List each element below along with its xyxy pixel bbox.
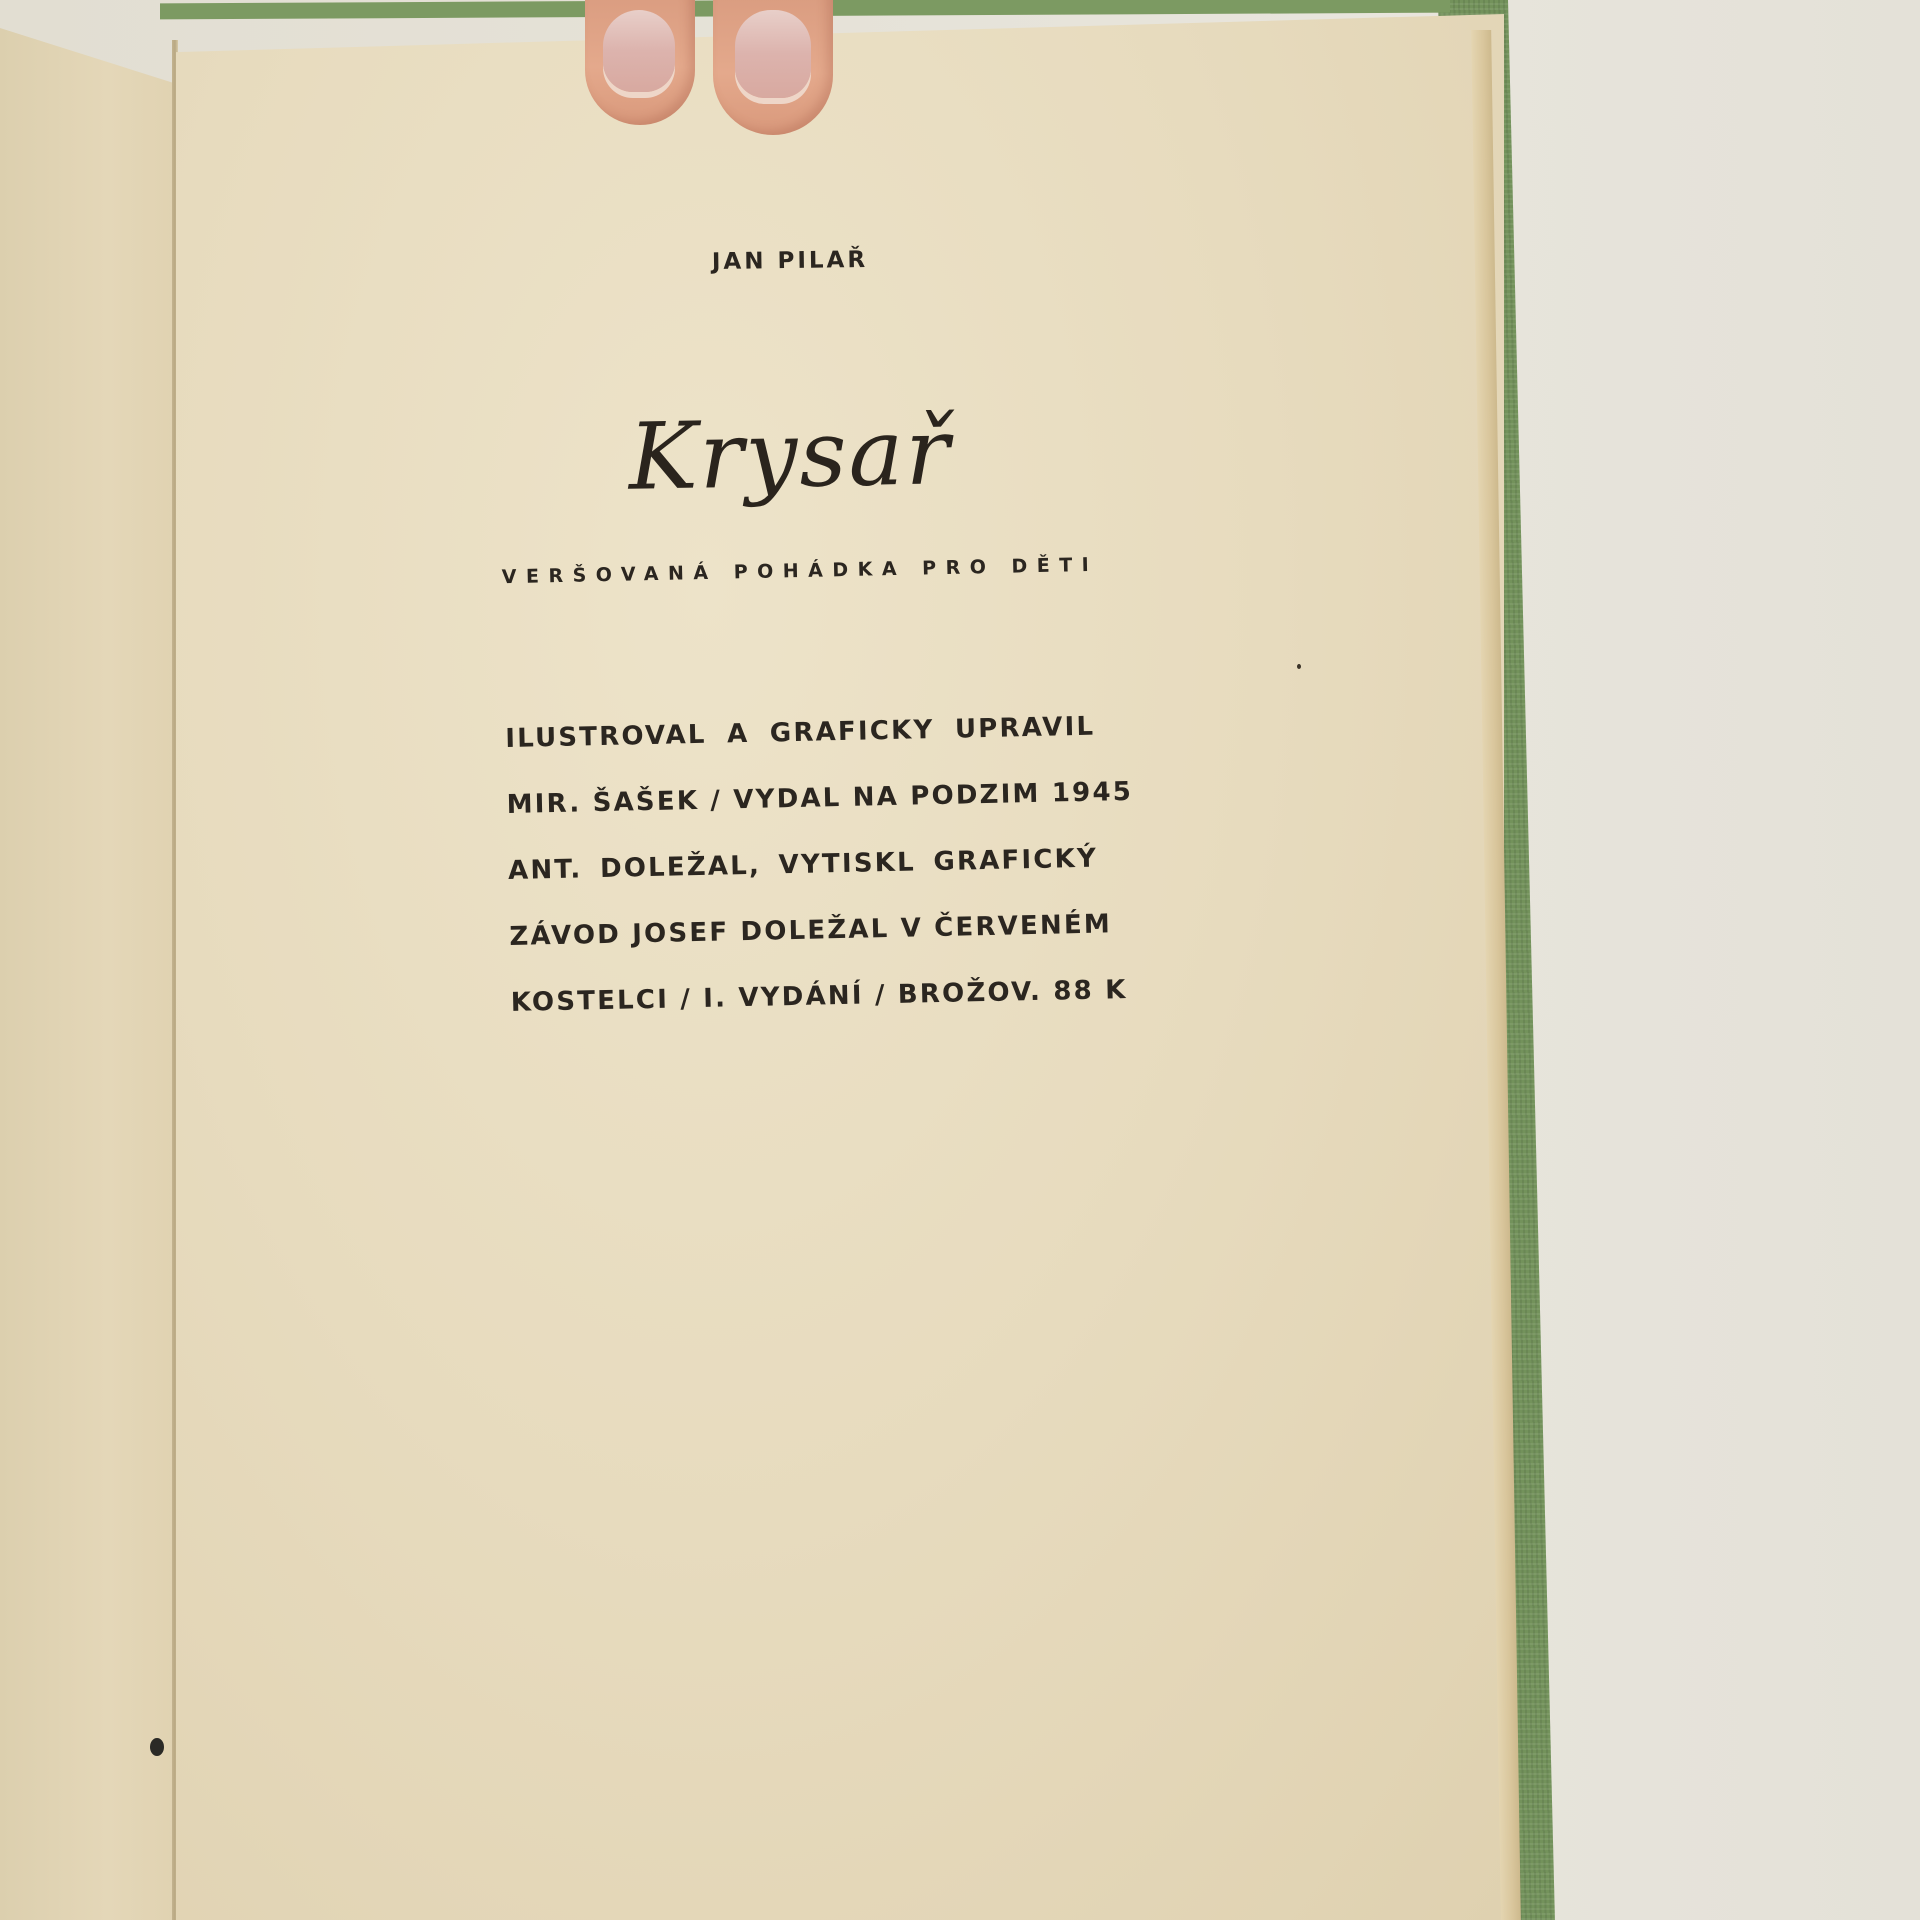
paper-speck: [1297, 664, 1301, 669]
author-name: JAN PILAŘ: [700, 247, 880, 276]
imprint-line: MIR. ŠAŠEK / VYDAL NA PODZIM 1945: [506, 778, 1097, 856]
title-page-content: JAN PILAŘ Krysař VERŠOVANÁ POHÁDKA PRO D…: [0, 0, 1920, 1920]
imprint-line: ANT. DOLEŽAL, VYTISKL GRAFICKÝ: [508, 844, 1099, 922]
book-subtitle: VERŠOVANÁ POHÁDKA PRO DĚTI: [480, 553, 1120, 588]
imprint-block: ILUSTROVAL A GRAFICKY UPRAVIL MIR. ŠAŠEK…: [505, 712, 1102, 1054]
book-title: Krysař: [619, 392, 961, 518]
finger: [713, 0, 833, 135]
fingernail: [603, 10, 675, 92]
imprint-line: KOSTELCI / I. VYDÁNÍ / BROŽOV. 88 K: [511, 976, 1102, 1054]
finger: [585, 0, 695, 125]
fingernail: [735, 10, 811, 98]
imprint-line: ZÁVOD JOSEF DOLEŽAL V ČERVENÉM: [509, 910, 1100, 988]
imprint-line: ILUSTROVAL A GRAFICKY UPRAVIL: [505, 712, 1096, 790]
holding-fingers: [585, 0, 885, 130]
